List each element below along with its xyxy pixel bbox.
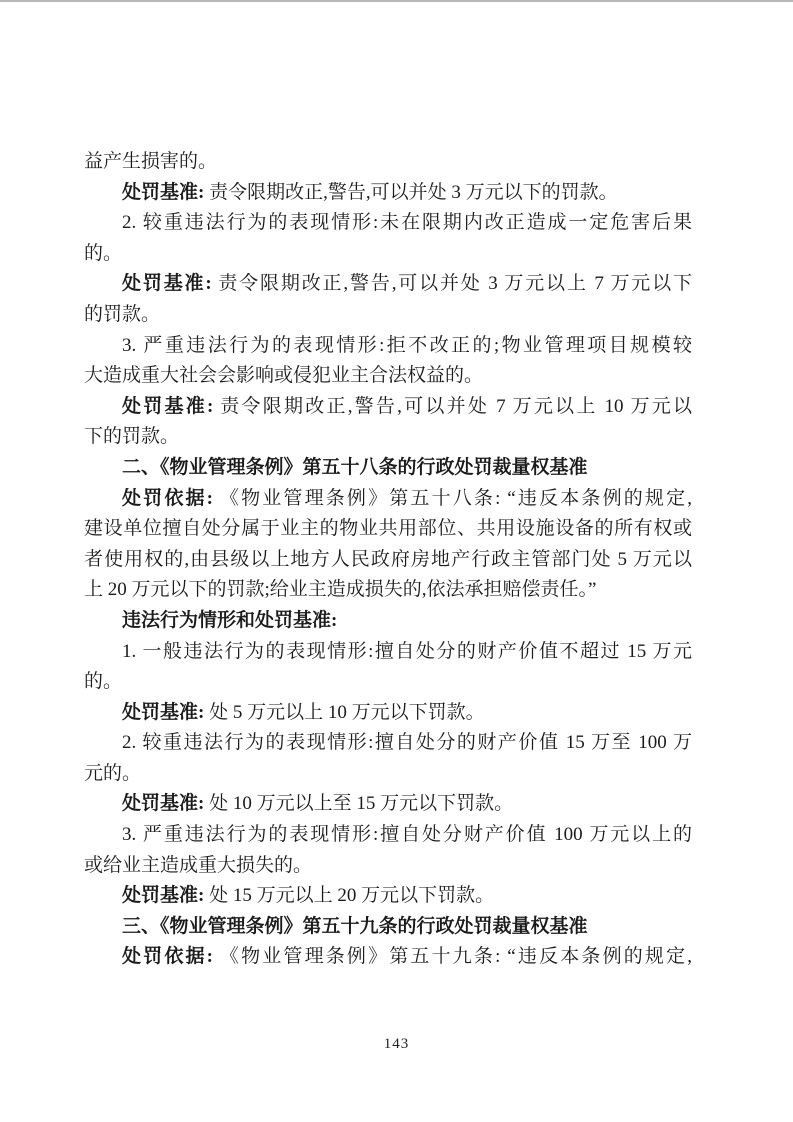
text-run: 下的罚款。 — [84, 426, 179, 447]
paragraph-line: 处罚基准: 责令限期改正,警告,可以并处 7 万元以上 10 万元以 — [84, 392, 692, 423]
bold-label: 处罚依据: — [122, 488, 213, 509]
paragraph-line: 的罚款。 — [84, 300, 692, 331]
paragraph-line: 处罚基准: 责令限期改正,警告,可以并处 3 万元以上 7 万元以下 — [84, 269, 692, 300]
paragraph-line: 处罚基准: 处 10 万元以上至 15 万元以下罚款。 — [84, 789, 692, 820]
paragraph-line: 1. 一般违法行为的表现情形:擅自处分的财产价值不超过 15 万元 — [84, 637, 692, 668]
text-run: 的罚款。 — [84, 304, 160, 325]
text-run: 3. 严重违法行为的表现情形:擅自处分财产价值 100 万元以上的 — [122, 824, 692, 845]
paragraph-line: 上 20 万元以下的罚款;给业主造成损失的,依法承担赔偿责任。” — [84, 575, 692, 606]
text-run: 者使用权的,由县级以上地方人民政府房地产行政主管部门处 5 万元以 — [84, 549, 692, 570]
bold-label: 处罚基准: — [122, 885, 204, 906]
paragraph-line: 3. 严重违法行为的表现情形:擅自处分财产价值 100 万元以上的 — [84, 820, 692, 851]
document-body: 益产生损害的。处罚基准: 责令限期改正,警告,可以并处 3 万元以下的罚款。2.… — [84, 147, 692, 973]
text-run: 建设单位擅自处分属于业主的物业共用部位、共用设施设备的所有权或 — [84, 518, 692, 539]
paragraph-line: 处罚依据: 《物业管理条例》第五十八条: “违反本条例的规定, — [84, 484, 692, 515]
bold-label: 违法行为情形和处罚基准: — [122, 610, 337, 631]
section-heading: 三、《物业管理条例》第五十九条的行政处罚裁量权基准 — [84, 912, 692, 943]
text-run: 责令限期改正,警告,可以并处 3 万元以上 7 万元以下 — [212, 273, 692, 294]
text-run: 大造成重大社会会影响或侵犯业主合法权益的。 — [84, 365, 483, 386]
text-run: 2. 较重违法行为的表现情形:未在限期内改正造成一定危害后果 — [122, 212, 692, 233]
section-heading: 二、《物业管理条例》第五十八条的行政处罚裁量权基准 — [84, 453, 692, 484]
text-run: 2. 较重违法行为的表现情形:擅自处分的财产价值 15 万至 100 万 — [122, 732, 692, 753]
paragraph-line: 者使用权的,由县级以上地方人民政府房地产行政主管部门处 5 万元以 — [84, 545, 692, 576]
text-run: 益产生损害的。 — [84, 151, 217, 172]
text-run: 责令限期改正,警告,可以并处 3 万元以下的罚款。 — [204, 182, 617, 203]
text-run: 上 20 万元以下的罚款;给业主造成损失的,依法承担赔偿责任。” — [84, 579, 596, 600]
bold-label: 二、《物业管理条例》第五十八条的行政处罚裁量权基准 — [122, 457, 588, 478]
text-run: 责令限期改正,警告,可以并处 7 万元以上 10 万元以 — [213, 396, 692, 417]
text-run: 《物业管理条例》第五十八条: “违反本条例的规定, — [213, 488, 692, 509]
section-subheading: 违法行为情形和处罚基准: — [84, 606, 692, 637]
bold-label: 处罚基准: — [122, 396, 213, 417]
text-run: 3. 严重违法行为的表现情形:拒不改正的;物业管理项目规模较 — [122, 335, 692, 356]
bold-label: 处罚基准: — [122, 793, 204, 814]
paragraph-line: 处罚基准: 处 15 万元以上 20 万元以下罚款。 — [84, 881, 692, 912]
paragraph-line: 2. 较重违法行为的表现情形:未在限期内改正造成一定危害后果 — [84, 208, 692, 239]
paragraph-line: 元的。 — [84, 759, 692, 790]
bold-label: 处罚基准: — [122, 273, 212, 294]
bold-label: 处罚基准: — [122, 702, 204, 723]
paragraph-line: 或给业主造成重大损失的。 — [84, 851, 692, 882]
text-run: 的。 — [84, 243, 122, 264]
scan-edge-line — [0, 0, 793, 2]
paragraph-line: 处罚依据: 《物业管理条例》第五十九条: “违反本条例的规定, — [84, 942, 692, 973]
text-run: 1. 一般违法行为的表现情形:擅自处分的财产价值不超过 15 万元 — [122, 641, 692, 662]
paragraph-line: 建设单位擅自处分属于业主的物业共用部位、共用设施设备的所有权或 — [84, 514, 692, 545]
paragraph-line: 的。 — [84, 239, 692, 270]
text-run: 的。 — [84, 671, 122, 692]
text-run: 或给业主造成重大损失的。 — [84, 855, 312, 876]
text-run: 元的。 — [84, 763, 141, 784]
paragraph-line: 的。 — [84, 667, 692, 698]
text-run: 《物业管理条例》第五十九条: “违反本条例的规定, — [213, 946, 692, 967]
paragraph-line: 处罚基准: 处 5 万元以上 10 万元以下罚款。 — [84, 698, 692, 729]
bold-label: 三、《物业管理条例》第五十九条的行政处罚裁量权基准 — [122, 916, 588, 937]
text-run: 处 10 万元以上至 15 万元以下罚款。 — [204, 793, 513, 814]
paragraph-line: 下的罚款。 — [84, 422, 692, 453]
paragraph-line: 益产生损害的。 — [84, 147, 692, 178]
paragraph-line: 3. 严重违法行为的表现情形:拒不改正的;物业管理项目规模较 — [84, 331, 692, 362]
text-run: 处 15 万元以上 20 万元以下罚款。 — [204, 885, 494, 906]
paragraph-line: 大造成重大社会会影响或侵犯业主合法权益的。 — [84, 361, 692, 392]
paragraph-line: 2. 较重违法行为的表现情形:擅自处分的财产价值 15 万至 100 万 — [84, 728, 692, 759]
bold-label: 处罚依据: — [122, 946, 213, 967]
text-run: 处 5 万元以上 10 万元以下罚款。 — [204, 702, 484, 723]
page-number: 143 — [0, 1036, 793, 1053]
bold-label: 处罚基准: — [122, 182, 204, 203]
paragraph-line: 处罚基准: 责令限期改正,警告,可以并处 3 万元以下的罚款。 — [84, 178, 692, 209]
